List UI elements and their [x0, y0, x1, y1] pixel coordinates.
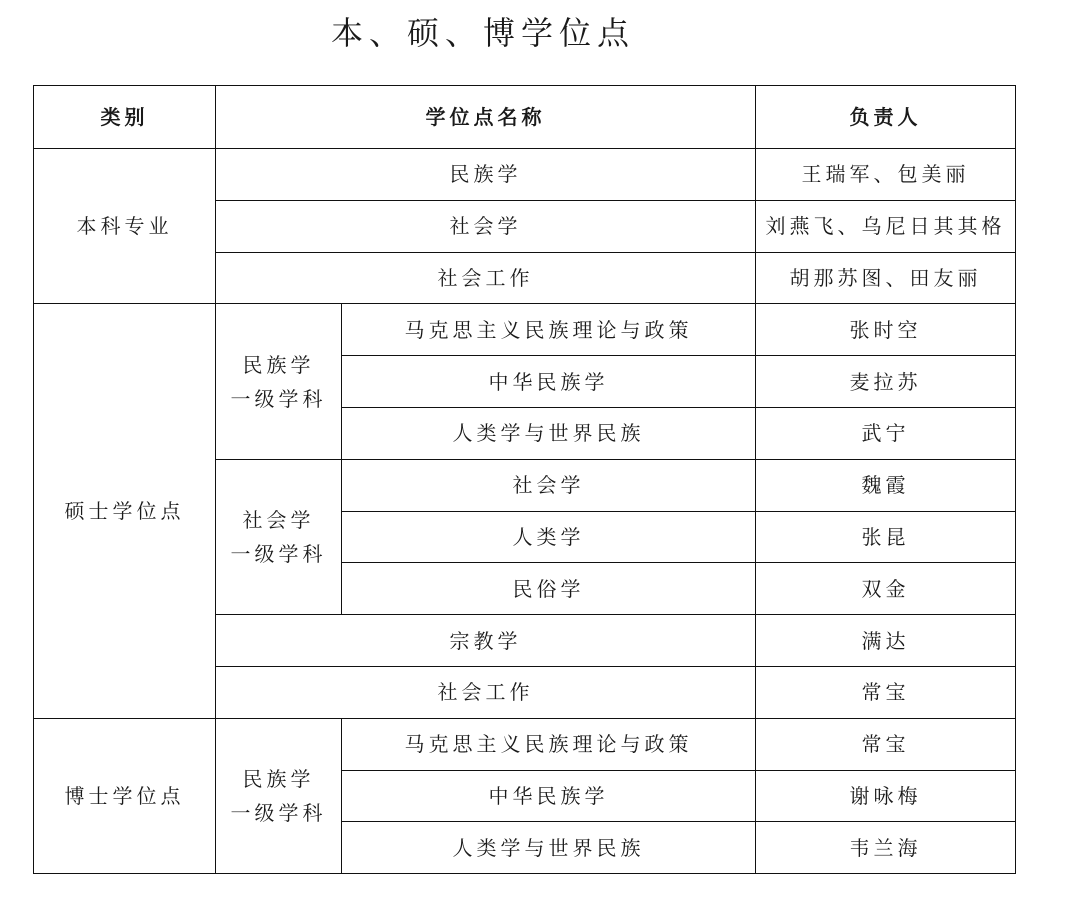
- degree-name: 马克思主义民族理论与政策: [342, 304, 756, 356]
- category-doctor: 博士学位点: [34, 718, 216, 873]
- leader-name: 刘燕飞、乌尼日其其格: [756, 200, 1016, 252]
- discipline-group-label: 民族学 一级学科: [216, 718, 342, 873]
- category-undergrad: 本科专业: [34, 149, 216, 304]
- leader-name: 常宝: [756, 718, 1016, 770]
- leader-name: 麦拉苏: [756, 356, 1016, 408]
- discipline-level: 一级学科: [216, 537, 341, 571]
- leader-name: 胡那苏图、田友丽: [756, 252, 1016, 304]
- discipline-group-label: 民族学 一级学科: [216, 304, 342, 459]
- degree-name: 中华民族学: [342, 770, 756, 822]
- leader-name: 张昆: [756, 511, 1016, 563]
- leader-name: 武宁: [756, 407, 1016, 459]
- leader-name: 韦兰海: [756, 822, 1016, 874]
- degree-name: 人类学与世界民族: [342, 407, 756, 459]
- degree-name: 民族学: [216, 149, 756, 201]
- header-category: 类别: [34, 86, 216, 149]
- page-title: 本、硕、博学位点: [0, 8, 966, 54]
- table-header-row: 类别 学位点名称 负责人: [34, 86, 1016, 149]
- discipline-name: 社会学: [216, 503, 341, 537]
- leader-name: 王瑞军、包美丽: [756, 149, 1016, 201]
- leader-name: 常宝: [756, 666, 1016, 718]
- leader-name: 魏霞: [756, 459, 1016, 511]
- discipline-group-label: 社会学 一级学科: [216, 459, 342, 614]
- degree-name: 社会学: [342, 459, 756, 511]
- discipline-level: 一级学科: [216, 796, 341, 830]
- discipline-name: 民族学: [216, 348, 341, 382]
- table-row: 本科专业 民族学 王瑞军、包美丽: [34, 149, 1016, 201]
- degree-name: 中华民族学: [342, 356, 756, 408]
- table-row: 博士学位点 民族学 一级学科 马克思主义民族理论与政策 常宝: [34, 718, 1016, 770]
- table-row: 硕士学位点 民族学 一级学科 马克思主义民族理论与政策 张时空: [34, 304, 1016, 356]
- leader-name: 满达: [756, 615, 1016, 667]
- degree-name: 马克思主义民族理论与政策: [342, 718, 756, 770]
- degree-name: 人类学与世界民族: [342, 822, 756, 874]
- discipline-name: 民族学: [216, 762, 341, 796]
- category-master: 硕士学位点: [34, 304, 216, 718]
- header-leader: 负责人: [756, 86, 1016, 149]
- header-name: 学位点名称: [216, 86, 756, 149]
- leader-name: 双金: [756, 563, 1016, 615]
- degree-name: 民俗学: [342, 563, 756, 615]
- leader-name: 张时空: [756, 304, 1016, 356]
- leader-name: 谢咏梅: [756, 770, 1016, 822]
- degree-name: 社会工作: [216, 666, 756, 718]
- degree-name: 社会学: [216, 200, 756, 252]
- discipline-level: 一级学科: [216, 382, 341, 416]
- degree-table: 类别 学位点名称 负责人 本科专业 民族学 王瑞军、包美丽 社会学 刘燕飞、乌尼…: [33, 85, 1016, 874]
- degree-name: 人类学: [342, 511, 756, 563]
- degree-name: 社会工作: [216, 252, 756, 304]
- degree-name: 宗教学: [216, 615, 756, 667]
